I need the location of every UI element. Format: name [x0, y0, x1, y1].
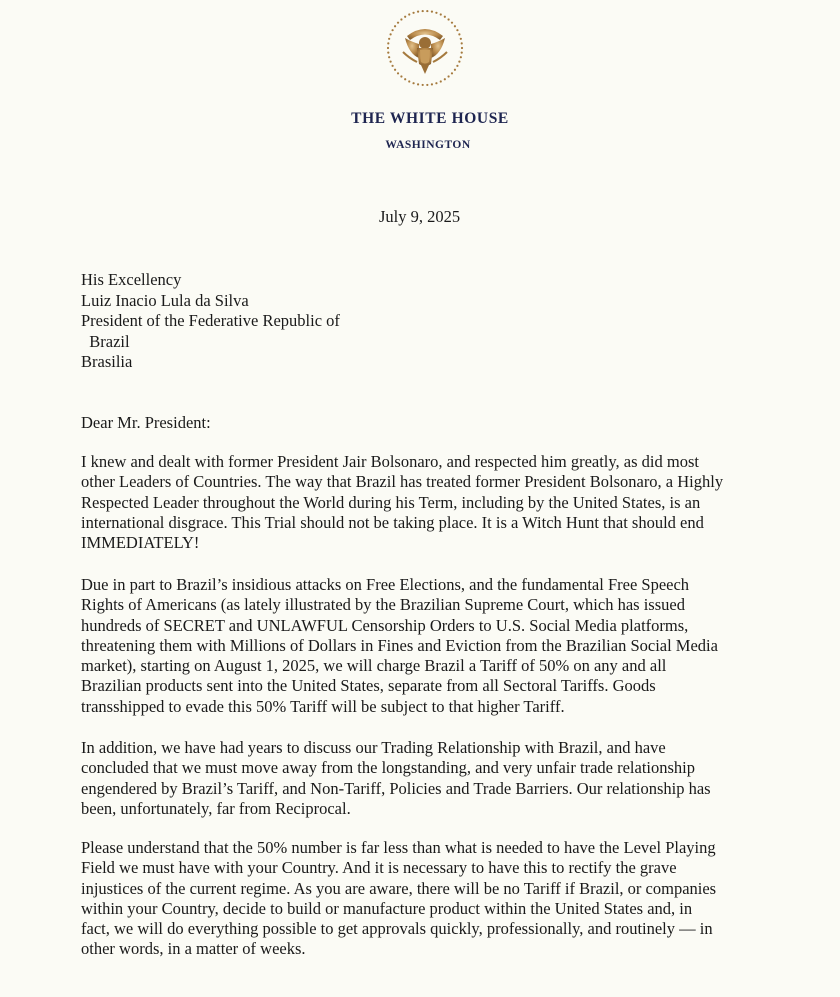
paragraph-line: hundreds of SECRET and UNLAWFUL Censorsh… — [81, 616, 840, 636]
paragraph-line: other Leaders of Countries. The way that… — [81, 472, 840, 492]
paragraph-line: Rights of Americans (as lately illustrat… — [81, 595, 840, 615]
paragraph-line: Due in part to Brazil’s insidious attack… — [81, 575, 840, 595]
paragraph-line: I knew and dealt with former President J… — [81, 452, 840, 472]
paragraph-line: other words, in a matter of weeks. — [81, 939, 840, 959]
paragraph-line: Brazilian products sent into the United … — [81, 676, 840, 696]
paragraph-line: market), starting on August 1, 2025, we … — [81, 656, 840, 676]
paragraph-line: within your Country, decide to build or … — [81, 899, 840, 919]
paragraph-line: Field we must have with your Country. An… — [81, 858, 840, 878]
paragraph-line: IMMEDIATELY! — [81, 533, 840, 553]
presidential-seal-icon — [385, 8, 465, 88]
letter-date: July 9, 2025 — [379, 207, 460, 227]
address-line: Luiz Inacio Lula da Silva — [81, 291, 340, 312]
paragraph-1: I knew and dealt with former President J… — [81, 452, 840, 553]
paragraph-line: injustices of the current regime. As you… — [81, 879, 840, 899]
paragraph-4: Please understand that the 50% number is… — [81, 838, 840, 960]
letter-page: THE WHITE HOUSE WASHINGTON July 9, 2025 … — [0, 0, 840, 997]
paragraph-line: threatening them with Millions of Dollar… — [81, 636, 840, 656]
paragraph-line: Respected Leader throughout the World du… — [81, 493, 840, 513]
paragraph-3: In addition, we have had years to discus… — [81, 738, 840, 819]
paragraph-line: concluded that we must move away from th… — [81, 758, 840, 778]
paragraph-line: international disgrace. This Trial shoul… — [81, 513, 840, 533]
address-line: His Excellency — [81, 270, 340, 291]
paragraph-line: been, unfortunately, far from Reciprocal… — [81, 799, 840, 819]
paragraph-line: engendered by Brazil’s Tariff, and Non-T… — [81, 779, 840, 799]
letterhead-city: WASHINGTON — [0, 139, 840, 151]
address-line: Brazil — [81, 332, 340, 353]
salutation: Dear Mr. President: — [81, 413, 211, 433]
paragraph-2: Due in part to Brazil’s insidious attack… — [81, 575, 840, 717]
letterhead-title: THE WHITE HOUSE — [0, 110, 840, 128]
recipient-address: His Excellency Luiz Inacio Lula da Silva… — [81, 270, 340, 373]
address-line: Brasilia — [81, 352, 340, 373]
paragraph-line: fact, we will do everything possible to … — [81, 919, 840, 939]
address-line: President of the Federative Republic of — [81, 311, 340, 332]
paragraph-line: In addition, we have had years to discus… — [81, 738, 840, 758]
paragraph-line: transshipped to evade this 50% Tariff wi… — [81, 697, 840, 717]
paragraph-line: Please understand that the 50% number is… — [81, 838, 840, 858]
